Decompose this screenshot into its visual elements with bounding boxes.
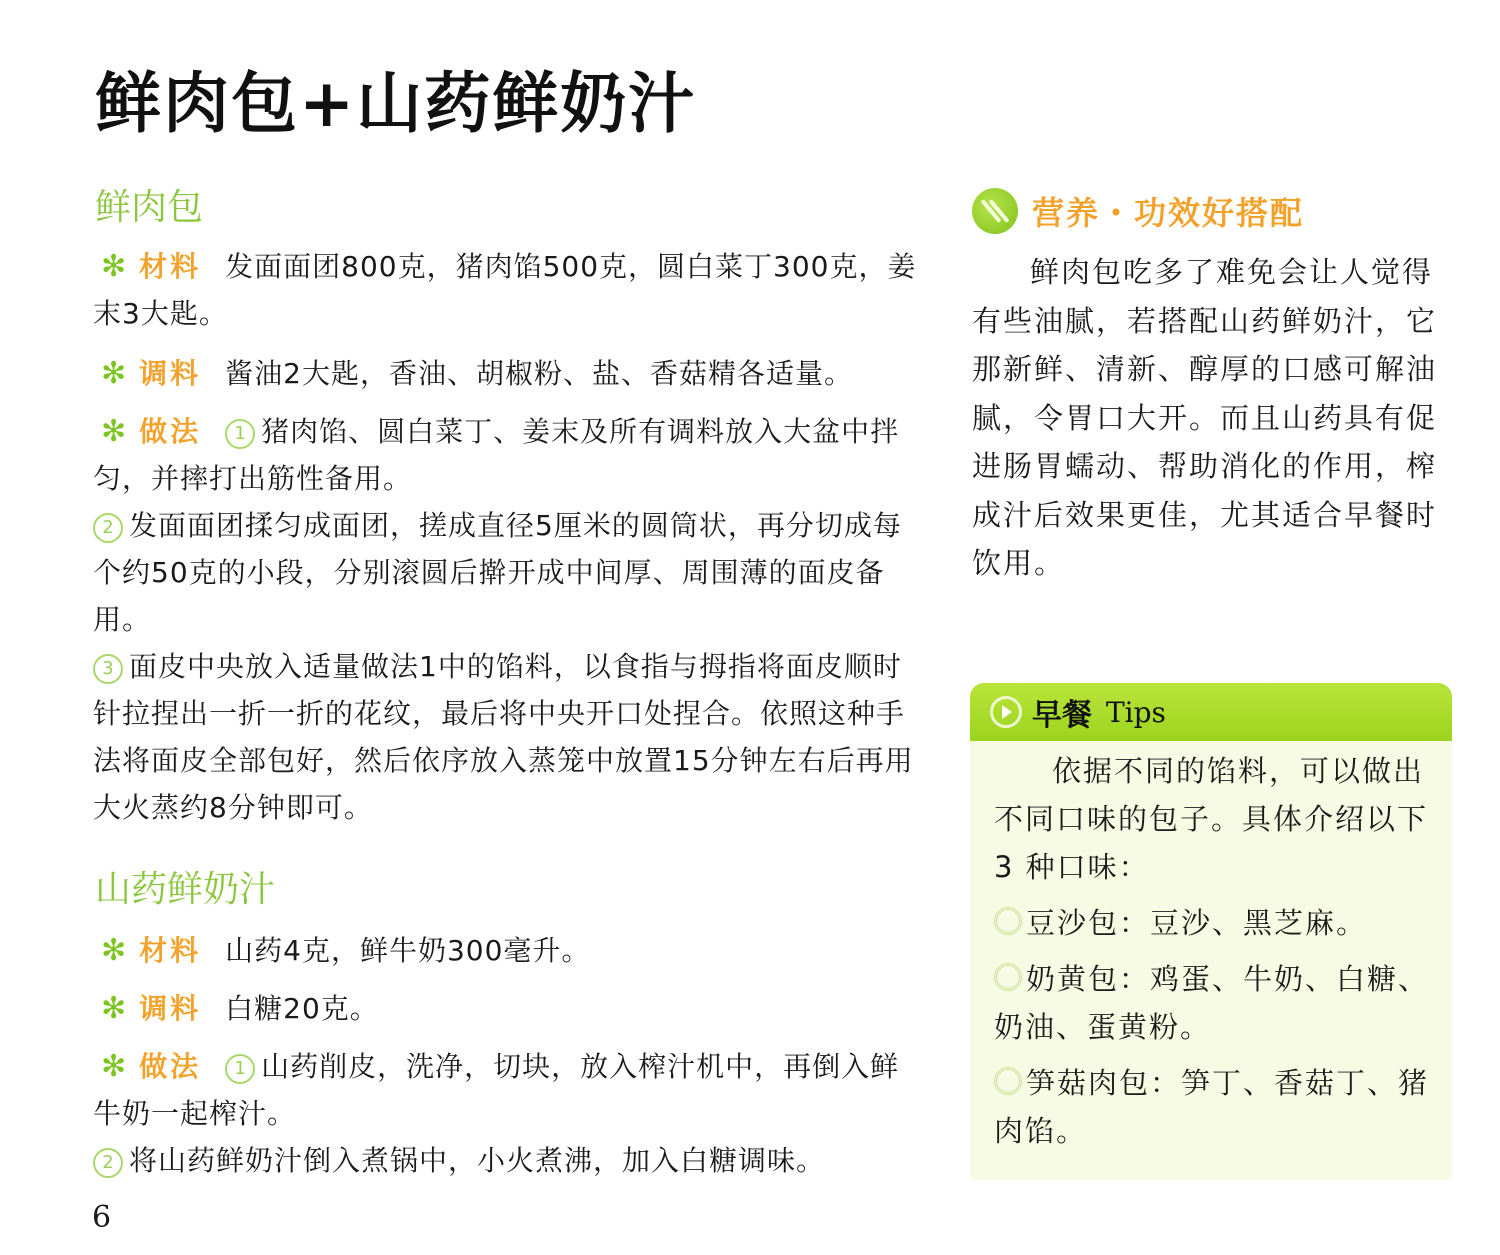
tips-item: 豆沙包：豆沙、黑芝麻。 <box>994 899 1430 947</box>
bullet-circle-icon <box>994 963 1022 991</box>
bun-ingredients: ✻材料发面面团800克，猪肉馅500克，圆白菜丁300克，姜末3大匙。 <box>93 243 923 337</box>
bullet-circle-icon <box>994 907 1022 935</box>
asterisk-icon: ✻ <box>101 1049 127 1084</box>
tips-title: 早餐 <box>1032 690 1092 734</box>
leaf-badge-icon <box>972 188 1018 234</box>
page-number: 6 <box>92 1200 111 1235</box>
asterisk-icon: ✻ <box>101 356 127 391</box>
tips-box: 早餐 Tips 依据不同的馅料，可以做出不同口味的包子。具体介绍以下 3 种口味… <box>970 683 1452 1180</box>
seasoning-label: 调料 <box>139 357 201 390</box>
nutrition-title: 营养・功效好搭配 <box>1032 188 1304 234</box>
step-number-icon: 2 <box>93 1148 123 1178</box>
tips-item: 笋菇肉包：笋丁、香菇丁、猪肉馅。 <box>994 1059 1430 1155</box>
step-text: 猪肉馅、圆白菜丁、姜末及所有调料放入大盆中拌匀，并摔打出筋性备用。 <box>93 415 899 495</box>
juice-seasoning: ✻调料白糖20克。 <box>93 985 923 1032</box>
step-number-icon: 3 <box>93 654 123 684</box>
step-text: 发面面团揉匀成面团，搓成直径5厘米的圆筒状，再分切成每个约50克的小段，分别滚圆… <box>93 509 902 636</box>
tips-intro: 依据不同的馅料，可以做出不同口味的包子。具体介绍以下 3 种口味： <box>994 747 1430 891</box>
step-text: 面皮中央放入适量做法1中的馅料，以食指与拇指将面皮顺时针拉捏出一折一折的花纹，最… <box>93 650 914 824</box>
bullet-circle-icon <box>994 1067 1022 1095</box>
seasoning-text: 酱油2大匙，香油、胡椒粉、盐、香菇精各适量。 <box>225 357 853 390</box>
section-title-juice: 山药鲜奶汁 <box>95 872 275 908</box>
tips-title-en: Tips <box>1106 696 1166 729</box>
juice-method: ✻做法1山药削皮，洗净，切块，放入榨汁机中，再倒入鲜牛奶一起榨汁。 2将山药鲜奶… <box>93 1043 923 1184</box>
step-text: 将山药鲜奶汁倒入煮锅中，小火煮沸，加入白糖调味。 <box>129 1144 825 1177</box>
page-title: 鲜肉包+山药鲜奶汁 <box>95 70 696 136</box>
method-label: 做法 <box>139 415 201 448</box>
nutrition-header: 营养・功效好搭配 <box>972 188 1304 234</box>
ingredients-text: 发面面团800克，猪肉馅500克，圆白菜丁300克，姜末3大匙。 <box>93 250 917 330</box>
tips-item-text: 奶黄包：鸡蛋、牛奶、白糖、奶油、蛋黄粉。 <box>994 962 1429 1044</box>
step-number-icon: 2 <box>93 513 123 543</box>
play-circle-icon <box>990 696 1022 728</box>
step-3: 3面皮中央放入适量做法1中的馅料，以食指与拇指将面皮顺时针拉捏出一折一折的花纹，… <box>93 643 923 831</box>
asterisk-icon: ✻ <box>101 933 127 968</box>
bun-seasoning: ✻调料酱油2大匙，香油、胡椒粉、盐、香菇精各适量。 <box>93 350 923 397</box>
step-2: 2将山药鲜奶汁倒入煮锅中，小火煮沸，加入白糖调味。 <box>93 1137 923 1184</box>
seasoning-text: 白糖20克。 <box>225 992 379 1025</box>
juice-ingredients: ✻材料山药4克，鲜牛奶300毫升。 <box>93 927 923 974</box>
step-text: 山药削皮，洗净，切块，放入榨汁机中，再倒入鲜牛奶一起榨汁。 <box>93 1050 899 1130</box>
ingredients-label: 材料 <box>139 934 201 967</box>
bun-method: ✻做法1猪肉馅、圆白菜丁、姜末及所有调料放入大盆中拌匀，并摔打出筋性备用。 2发… <box>93 408 923 831</box>
step-2: 2发面面团揉匀成面团，搓成直径5厘米的圆筒状，再分切成每个约50克的小段，分别滚… <box>93 502 923 643</box>
nutrition-body: 鲜肉包吃多了难免会让人觉得有些油腻，若搭配山药鲜奶汁，它那新鲜、清新、醇厚的口感… <box>972 248 1457 588</box>
seasoning-label: 调料 <box>139 992 201 1025</box>
tips-item: 奶黄包：鸡蛋、牛奶、白糖、奶油、蛋黄粉。 <box>994 955 1430 1051</box>
step-number-icon: 1 <box>225 1054 255 1084</box>
asterisk-icon: ✻ <box>101 414 127 449</box>
method-label: 做法 <box>139 1050 201 1083</box>
asterisk-icon: ✻ <box>101 991 127 1026</box>
ingredients-label: 材料 <box>139 250 201 283</box>
asterisk-icon: ✻ <box>101 249 127 284</box>
ingredients-text: 山药4克，鲜牛奶300毫升。 <box>225 934 590 967</box>
tips-body: 依据不同的馅料，可以做出不同口味的包子。具体介绍以下 3 种口味： 豆沙包：豆沙… <box>970 741 1452 1155</box>
section-title-bun: 鲜肉包 <box>95 190 203 226</box>
tips-item-text: 笋菇肉包：笋丁、香菇丁、猪肉馅。 <box>994 1066 1429 1148</box>
tips-header: 早餐 Tips <box>970 683 1452 741</box>
tips-item-text: 豆沙包：豆沙、黑芝麻。 <box>1026 906 1367 940</box>
step-number-icon: 1 <box>225 419 255 449</box>
